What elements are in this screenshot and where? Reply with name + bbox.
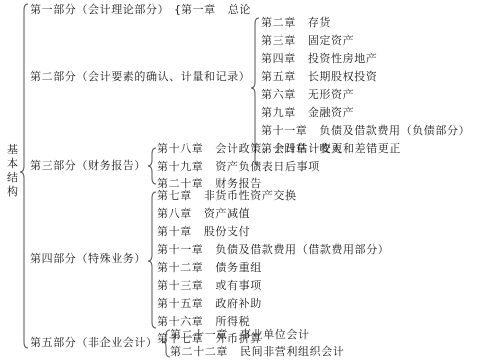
chapter-item: 第二十一章事业单位会计 <box>170 328 310 342</box>
part3-bracket <box>148 148 156 184</box>
chapter-item: 第十二章债务重组 <box>157 261 262 275</box>
part-3-label: 第三部分（财务报告） <box>30 159 146 173</box>
chapter-1: 第一章总论 <box>181 3 251 17</box>
chapter-item: 第八章资产减值 <box>157 207 250 221</box>
chapter-item: 第十九章资产负债表日后事项 <box>157 160 320 174</box>
part4-bracket <box>148 192 156 328</box>
chapter-item: 第十八章会计政策、会计估计变更和差错更正 <box>157 142 401 156</box>
chapter-item: 第二十二章民间非营利组织会计 <box>170 345 344 359</box>
root-label: 基本结构 <box>7 143 19 199</box>
chapter-item: 第六章无形资产 <box>261 88 354 102</box>
chapter-item: 第二章存货 <box>261 16 331 30</box>
root-bracket <box>20 4 28 348</box>
chapter-item: 第十三章或有事项 <box>157 279 262 293</box>
part-5-label: 第五部分（非企业会计） <box>30 336 158 350</box>
chapter-item: 第十五章政府补助 <box>157 297 262 311</box>
chapter-item: 第五章长期股权投资 <box>261 70 377 84</box>
chapter-item: 第九章金融资产 <box>261 106 354 120</box>
part-1-label: 第一部分（会计理论部分） <box>30 3 169 17</box>
part-4-label: 第四部分（特殊业务） <box>30 252 146 266</box>
chapter-item: 第十六章所得税 <box>157 315 250 329</box>
chapter-item: 第十一章负债及借款费用（借款费用部分） <box>157 243 389 257</box>
chapter-item: 第十一章负债及借款费用（负债部分） <box>261 124 470 138</box>
chapter-item: 第七章非货币性资产交换 <box>157 189 297 203</box>
chapter-item: 第四章投资性房地产 <box>261 52 377 66</box>
chapter-item: 第十章股份支付 <box>157 225 250 239</box>
chapter-item: 第三章固定资产 <box>261 34 354 48</box>
part-2-label: 第二部分（会计要素的确认、计量和记录） <box>30 70 250 84</box>
